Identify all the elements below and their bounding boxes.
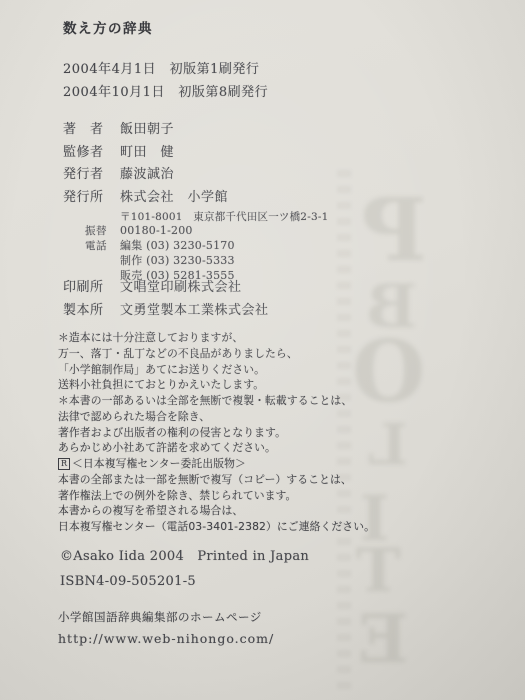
- phone-label: 電話: [85, 239, 120, 254]
- printer-value: 文唱堂印刷株式会社: [120, 280, 242, 295]
- binder-value: 文勇堂製本工業株式会社: [120, 303, 269, 318]
- postal-transfer-number: 00180-1-200: [120, 224, 193, 237]
- notice-line: あらかじめ小社あて許諾を求めてください。: [58, 440, 375, 456]
- notice-line: 「小学館制作局」あてにお送りください。: [58, 362, 375, 378]
- production-block: 印刷所文唱堂印刷株式会社 製本所文勇堂製本工業株式会社: [63, 277, 269, 322]
- edition-line: 2004年10月1日 初版第8刷発行: [63, 82, 268, 105]
- copyright-line: ©Asako Iida 2004 Printed in Japan: [60, 545, 309, 570]
- credit-value: 町田 健: [120, 145, 174, 160]
- book-title: 数え方の辞典: [63, 17, 153, 37]
- notice-line: 送料小社負担にておとりかえいたします。: [58, 377, 375, 393]
- jrrc-text: ＜日本複写権センター委託出版物＞: [72, 457, 246, 470]
- homepage-url: http://www.web-nihongo.com/: [58, 632, 274, 646]
- phone-number: 編集 (03) 3230-5170: [120, 239, 235, 252]
- binder-label: 製本所: [63, 300, 120, 323]
- credit-label: 監修者: [63, 142, 120, 165]
- credit-row-publishing-house: 発行所株式会社 小学館: [63, 187, 328, 210]
- jrrc-mark-icon: R: [58, 458, 70, 470]
- jrrc-line: R＜日本複写権センター委託出版物＞: [58, 456, 375, 472]
- notice-line: 日本複写権センター（電話03-3401-2382）にご連絡ください。: [58, 519, 375, 535]
- notice-line: ＊造本には十分注意しておりますが、: [58, 330, 375, 346]
- notice-line: 著作権法上での例外を除き、禁じられています。: [58, 488, 375, 504]
- postal-transfer-row: 振替00180-1-200: [63, 224, 328, 239]
- edition-line: 2004年4月1日 初版第1刷発行: [63, 59, 268, 82]
- phone-row-production: 制作 (03) 3230-5333: [63, 254, 328, 269]
- printer-label: 印刷所: [63, 277, 120, 300]
- legal-notice-block: ＊造本には十分注意しておりますが、 万一、落丁・乱丁などの不良品がありましたら、…: [58, 330, 375, 535]
- publisher-address: 〒101-8001 東京都千代田区一ツ橋2-3-1: [63, 210, 328, 224]
- phone-number: 制作 (03) 3230-5333: [120, 254, 235, 267]
- homepage-block: 小学館国語辞典編集部のホームページ http://www.web-nihongo…: [58, 610, 274, 646]
- notice-line: 本書からの複写を希望される場合は、: [58, 503, 375, 519]
- notice-line: ＊本書の一部あるいは全部を無断で複製・転載することは、: [58, 393, 375, 409]
- homepage-label: 小学館国語辞典編集部のホームページ: [58, 610, 274, 624]
- credit-row-supervisor: 監修者町田 健: [63, 142, 328, 165]
- credit-value: 藤波誠治: [120, 167, 174, 182]
- credit-value: 株式会社 小学館: [120, 190, 228, 205]
- edition-block: 2004年4月1日 初版第1刷発行 2004年10月1日 初版第8刷発行: [63, 59, 268, 104]
- notice-line: 万一、落丁・乱丁などの不良品がありましたら、: [58, 346, 375, 362]
- phone-row-editorial: 電話編集 (03) 3230-5170: [63, 239, 328, 254]
- credit-label: 発行者: [63, 164, 120, 187]
- showthrough-letter: P: [362, 180, 427, 281]
- notice-line: 法律で認められた場合を除き、: [58, 409, 375, 425]
- credits-block: 著 者飯田朝子 監修者町田 健 発行者藤波誠治 発行所株式会社 小学館 〒101…: [63, 119, 328, 284]
- showthrough-letter: E: [358, 600, 408, 678]
- credit-label: 著 者: [63, 119, 120, 142]
- publisher-details: 〒101-8001 東京都千代田区一ツ橋2-3-1 振替00180-1-200 …: [63, 210, 328, 283]
- credit-row-publisher-person: 発行者藤波誠治: [63, 164, 328, 187]
- book-colophon-page: P B O L I T E 数え方の辞典 2004年4月1日 初版第1刷発行 2…: [0, 0, 525, 700]
- showthrough-letter: T: [356, 536, 401, 606]
- notice-line: 本書の全部または一部を無断で複写（コピー）することは、: [58, 472, 375, 488]
- postal-transfer-label: 振替: [85, 224, 120, 239]
- credit-label: 発行所: [63, 187, 120, 210]
- printer-row: 印刷所文唱堂印刷株式会社: [63, 277, 269, 300]
- copyright-block: ©Asako Iida 2004 Printed in Japan ISBN4-…: [60, 545, 309, 594]
- credit-value: 飯田朝子: [120, 122, 174, 137]
- binder-row: 製本所文勇堂製本工業株式会社: [63, 300, 269, 323]
- credit-row-author: 著 者飯田朝子: [63, 119, 328, 142]
- isbn-line: ISBN4-09-505201-5: [60, 570, 309, 595]
- notice-line: 著作者および出版者の権利の侵害となります。: [58, 425, 375, 441]
